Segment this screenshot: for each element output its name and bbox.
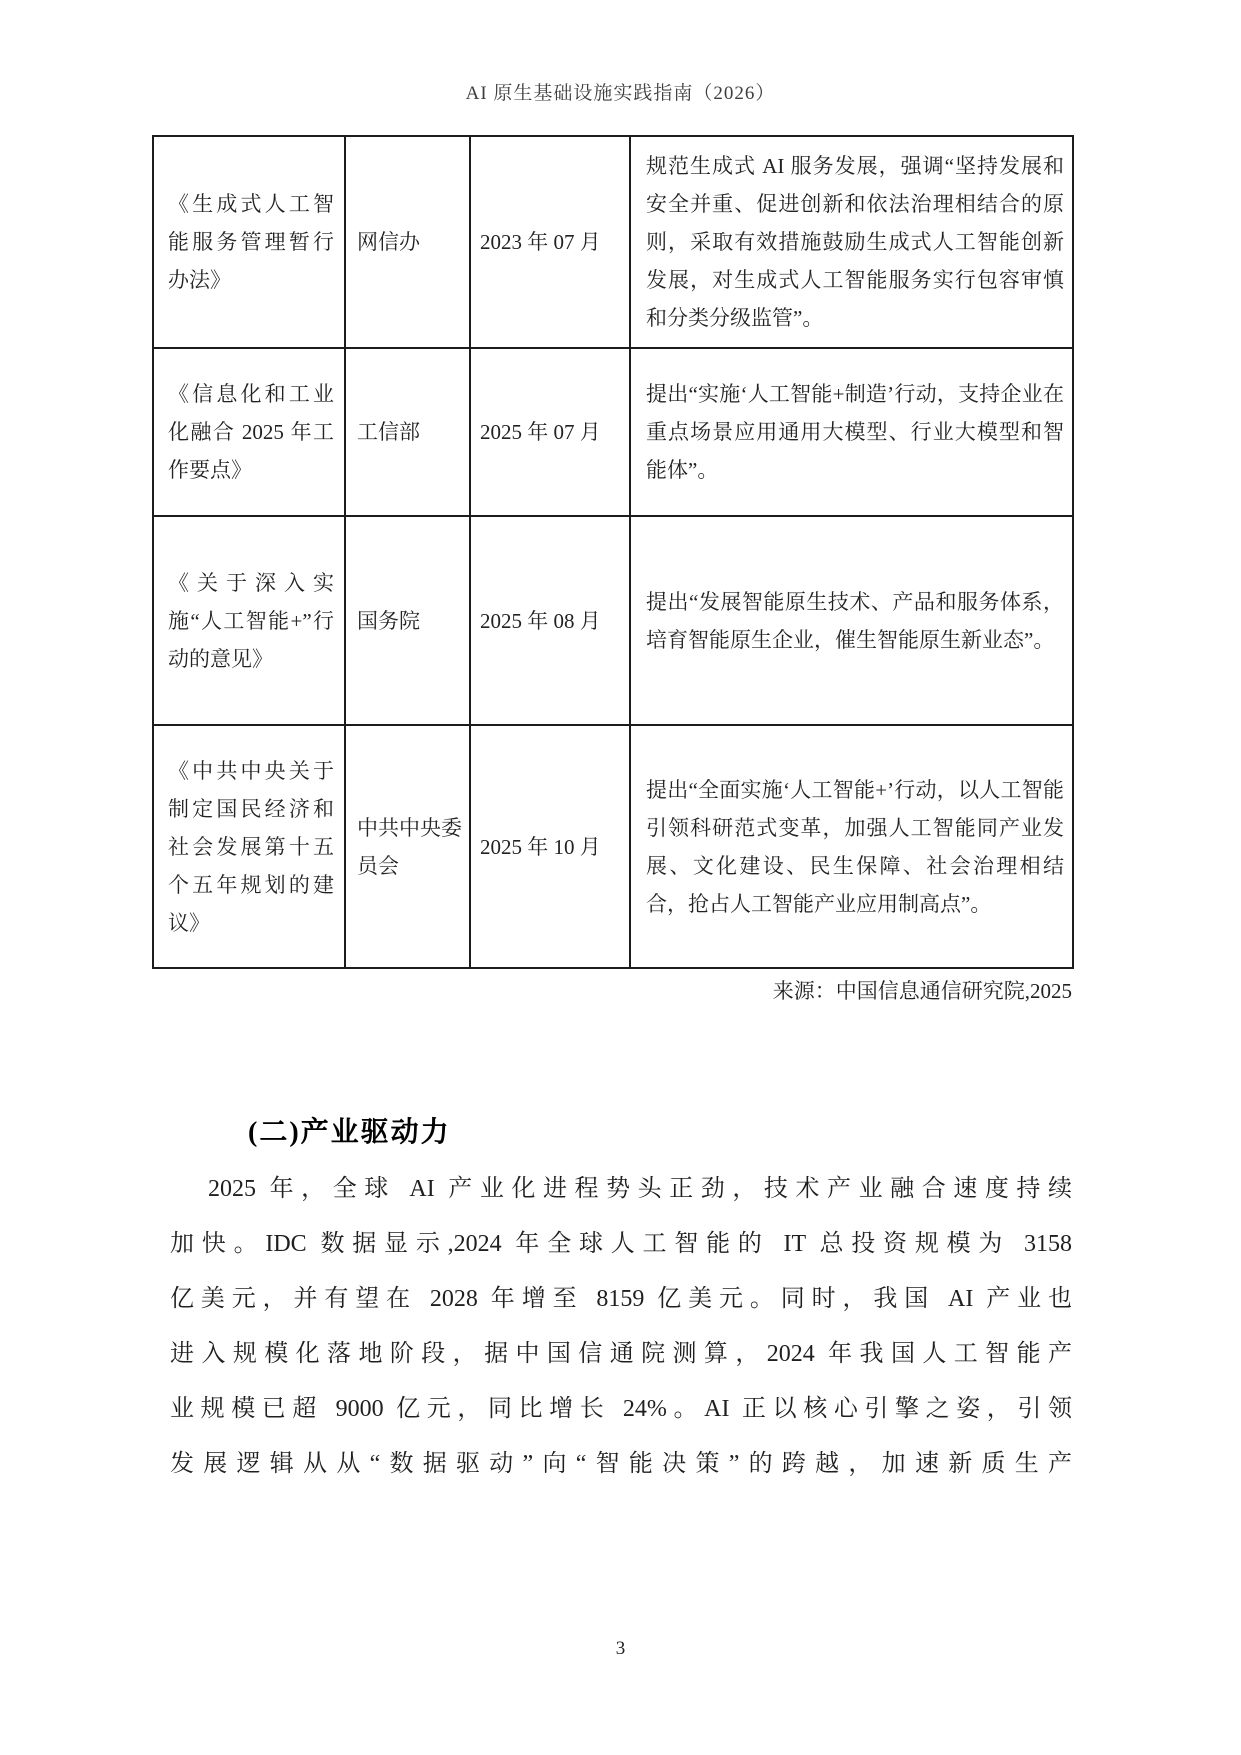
agency-cell: 网信办: [345, 136, 470, 348]
agency-name: 工信部: [357, 413, 463, 451]
publish-date: 2025 年 07 月: [480, 413, 625, 451]
description-cell: 提出“全面实施‘人工智能+’行动，以人工智能引领科研范式变革，加强人工智能同产业…: [630, 725, 1073, 968]
policy-table: 《生成式人工智能服务管理暂行办法》 网信办 2023 年 07 月 规范生成式 …: [152, 135, 1074, 969]
paragraph-line: 业规模已超 9000 亿元，同比增长 24%。AI 正以核心引擎之姿，引领: [170, 1388, 1072, 1443]
table-row: 《关于深入实施“人工智能+”行动的意见》 国务院 2025 年 08 月 提出“…: [153, 516, 1073, 725]
agency-cell: 国务院: [345, 516, 470, 725]
policy-cell: 《信息化和工业化融合 2025 年工作要点》: [153, 348, 345, 516]
paragraph-line: 进入规模化落地阶段，据中国信通院测算，2024 年我国人工智能产: [170, 1333, 1072, 1388]
paragraph-line: 2025 年，全球 AI 产业化进程势头正劲，技术产业融合速度持续: [170, 1168, 1072, 1223]
page-number: 3: [0, 1638, 1241, 1660]
date-cell: 2025 年 07 月: [470, 348, 630, 516]
policy-cell: 《中共中央关于制定国民经济和社会发展第十五个五年规划的建议》: [153, 725, 345, 968]
description-cell: 提出“实施‘人工智能+制造’行动，支持企业在重点场景应用通用大模型、行业大模型和…: [630, 348, 1073, 516]
policy-description: 提出“实施‘人工智能+制造’行动，支持企业在重点场景应用通用大模型、行业大模型和…: [646, 375, 1064, 489]
policy-cell: 《关于深入实施“人工智能+”行动的意见》: [153, 516, 345, 725]
table-source-note: 来源：中国信息通信研究院,2025: [152, 975, 1072, 1005]
table-row: 《中共中央关于制定国民经济和社会发展第十五个五年规划的建议》 中共中央委员会 2…: [153, 725, 1073, 968]
document-page: AI 原生基础设施实践指南（2026） 《生成式人工智能服务管理暂行办法》 网信…: [0, 0, 1241, 1755]
paragraph-line: 亿美元，并有望在 2028 年增至 8159 亿美元。同时，我国 AI 产业也: [170, 1278, 1072, 1333]
agency-name: 中共中央委员会: [357, 809, 463, 885]
publish-date: 2025 年 10 月: [480, 828, 625, 866]
section-heading: (二)产业驱动力: [248, 1110, 451, 1150]
policy-name: 《关于深入实施“人工智能+”行动的意见》: [168, 564, 334, 678]
policy-description: 提出“全面实施‘人工智能+’行动，以人工智能引领科研范式变革，加强人工智能同产业…: [646, 771, 1064, 923]
policy-name: 《中共中央关于制定国民经济和社会发展第十五个五年规划的建议》: [168, 752, 334, 942]
agency-name: 国务院: [357, 602, 463, 640]
policy-cell: 《生成式人工智能服务管理暂行办法》: [153, 136, 345, 348]
description-cell: 提出“发展智能原生技术、产品和服务体系，培育智能原生企业，催生智能原生新业态”。: [630, 516, 1073, 725]
policy-name: 《信息化和工业化融合 2025 年工作要点》: [168, 375, 334, 489]
policy-name: 《生成式人工智能服务管理暂行办法》: [168, 185, 334, 299]
date-cell: 2025 年 10 月: [470, 725, 630, 968]
paragraph-line: 发展逻辑从从“数据驱动”向“智能决策”的跨越，加速新质生产: [170, 1443, 1072, 1498]
agency-cell: 中共中央委员会: [345, 725, 470, 968]
body-paragraph: 2025 年，全球 AI 产业化进程势头正劲，技术产业融合速度持续 加快。IDC…: [170, 1168, 1072, 1498]
document-header-title: AI 原生基础设施实践指南（2026）: [0, 78, 1241, 105]
description-cell: 规范生成式 AI 服务发展，强调“坚持发展和安全并重、促进创新和依法治理相结合的…: [630, 136, 1073, 348]
policy-description: 提出“发展智能原生技术、产品和服务体系，培育智能原生企业，催生智能原生新业态”。: [646, 583, 1064, 659]
table-row: 《生成式人工智能服务管理暂行办法》 网信办 2023 年 07 月 规范生成式 …: [153, 136, 1073, 348]
paragraph-line: 加快。IDC 数据显示,2024 年全球人工智能的 IT 总投资规模为 3158: [170, 1223, 1072, 1278]
agency-name: 网信办: [357, 223, 463, 261]
date-cell: 2025 年 08 月: [470, 516, 630, 725]
table-row: 《信息化和工业化融合 2025 年工作要点》 工信部 2025 年 07 月 提…: [153, 348, 1073, 516]
publish-date: 2023 年 07 月: [480, 223, 625, 261]
publish-date: 2025 年 08 月: [480, 602, 625, 640]
date-cell: 2023 年 07 月: [470, 136, 630, 348]
policy-description: 规范生成式 AI 服务发展，强调“坚持发展和安全并重、促进创新和依法治理相结合的…: [646, 147, 1064, 337]
agency-cell: 工信部: [345, 348, 470, 516]
